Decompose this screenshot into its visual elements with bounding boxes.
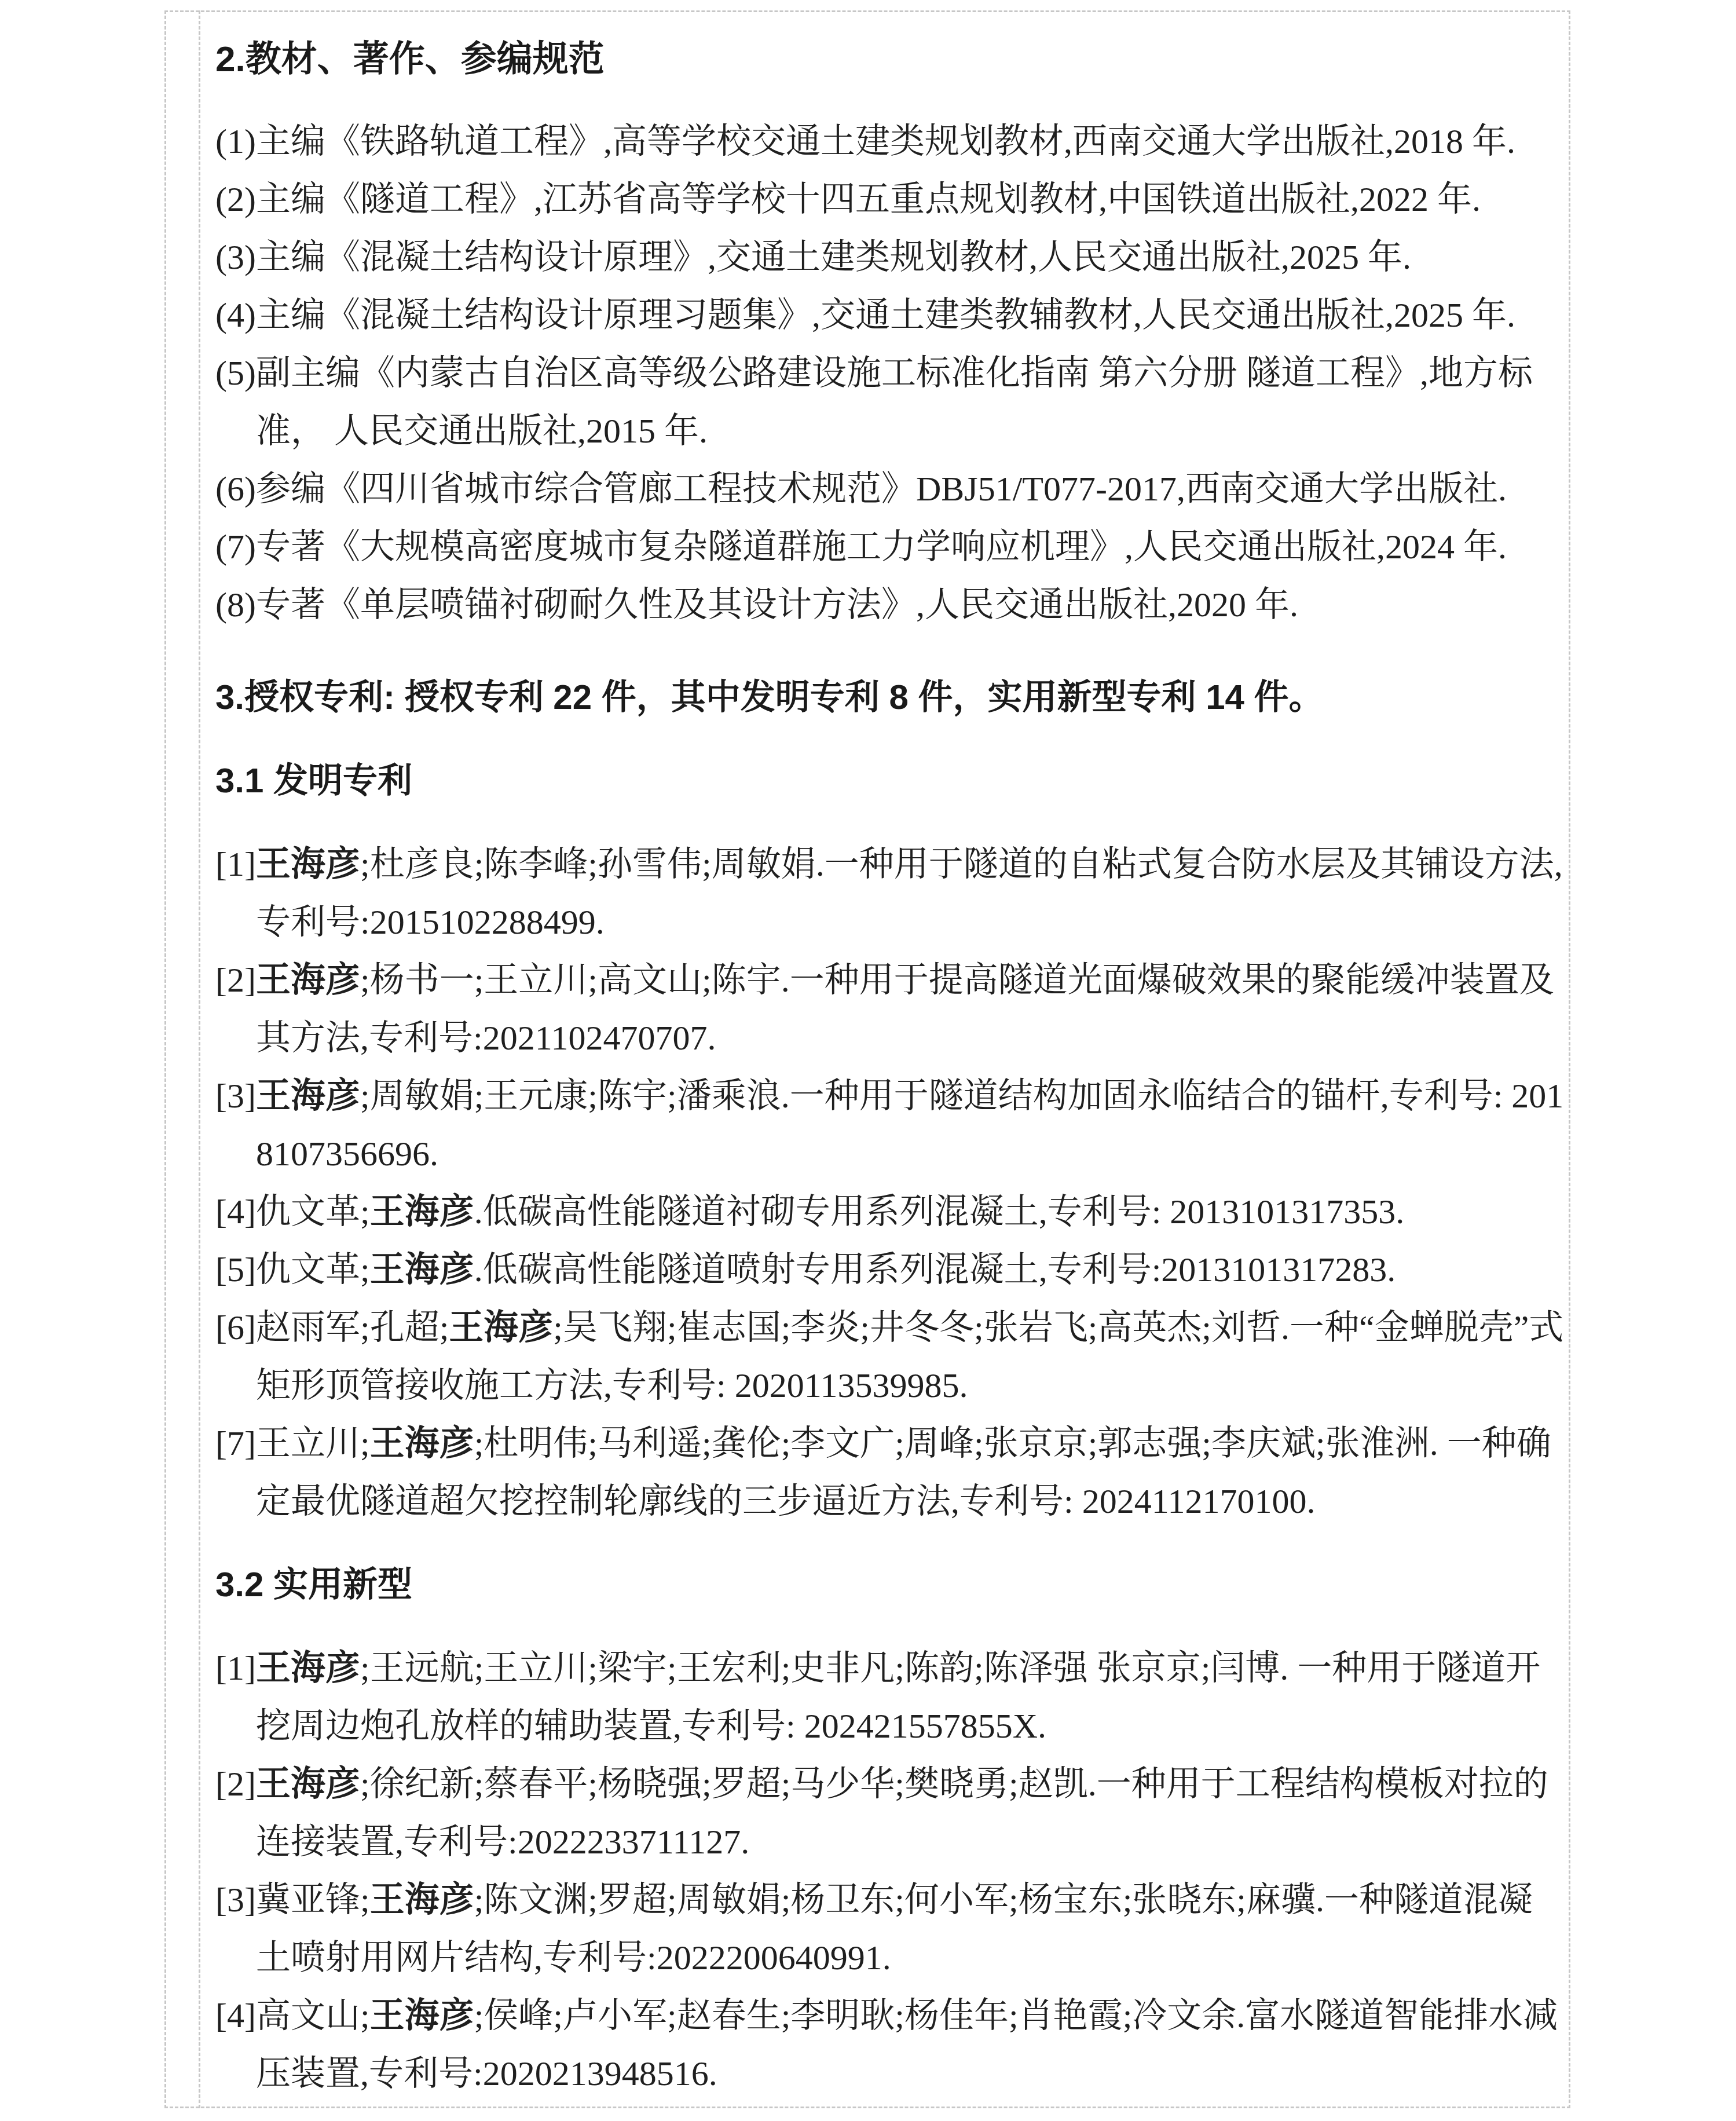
author-name-bold: 王海彦	[256, 844, 360, 883]
item-text: 主编《铁路轨道工程》,高等学校交通土建类规划教材,西南交通大学出版社,2018 …	[256, 122, 1515, 160]
item-text: 主编《混凝土结构设计原理习题集》,交通土建类教辅教材,人民交通出版社,2025 …	[256, 296, 1515, 334]
item-text: ;王远航;王立川;梁宇;王宏利;史非凡;陈韵;陈泽强 张京京;闫博. 一种用于隧…	[256, 1649, 1540, 1745]
item-text: 专著《大规模高密度城市复杂隧道群施工力学响应机理》,人民交通出版社,2024 年…	[256, 528, 1507, 566]
list-item: (8)专著《单层喷锚衬砌耐久性及其设计方法》,人民交通出版社,2020 年.	[215, 576, 1566, 634]
item-label: [3]	[215, 1881, 256, 1919]
list-item: [7]王立川;王海彦;杜明伟;马利遥;龚伦;李文广;周峰;张京京;郭志强;李庆斌…	[215, 1414, 1566, 1530]
utility-model-heading: 3.2 实用新型	[215, 1556, 1566, 1614]
invention-patents-heading: 3.1 发明专利	[215, 752, 1566, 810]
author-name-bold: 王海彦	[370, 1250, 474, 1289]
author-name-bold: 王海彦	[370, 1192, 474, 1231]
item-label: (1)	[215, 122, 256, 160]
item-text: 王立川;	[256, 1424, 370, 1462]
author-name-bold: 王海彦	[370, 1424, 474, 1462]
item-label: [2]	[215, 1765, 256, 1803]
item-label: [7]	[215, 1424, 256, 1462]
author-name-bold: 王海彦	[370, 1880, 474, 1919]
item-text: 专著《单层喷锚衬砌耐久性及其设计方法》,人民交通出版社,2020 年.	[256, 586, 1298, 624]
item-text: 主编《混凝土结构设计原理》,交通土建类规划教材,人民交通出版社,2025 年.	[256, 238, 1411, 276]
author-name-bold: 王海彦	[256, 1648, 360, 1687]
item-label: [5]	[215, 1250, 256, 1289]
item-label: [2]	[215, 961, 256, 999]
item-label: (2)	[215, 180, 256, 218]
item-label: [4]	[215, 1996, 256, 2035]
author-name-bold: 王海彦	[256, 1764, 360, 1803]
list-item: (7)专著《大规模高密度城市复杂隧道群施工力学响应机理》,人民交通出版社,202…	[215, 518, 1566, 576]
document-page: 2.教材、著作、参编规范 (1)主编《铁路轨道工程》,高等学校交通土建类规划教材…	[0, 0, 1736, 2121]
item-text: .低碳高性能隧道衬砌专用系列混凝土,专利号: 2013101317353.	[474, 1193, 1405, 1231]
list-item: [2]王海彦;杨书一;王立川;高文山;陈宇.一种用于提高隧道光面爆破效果的聚能缓…	[215, 951, 1566, 1067]
section-3-heading-summary: 授权专利 22 件，其中发明专利 8 件，实用新型专利 14 件。	[395, 678, 1324, 716]
item-text: 主编《隧道工程》,江苏省高等学校十四五重点规划教材,中国铁道出版社,2022 年…	[256, 180, 1481, 218]
item-text: 参编《四川省城市综合管廊工程技术规范》DBJ51/T077-2017,西南交通大…	[256, 470, 1507, 508]
list-item: (2)主编《隧道工程》,江苏省高等学校十四五重点规划教材,中国铁道出版社,202…	[215, 170, 1566, 228]
list-item: (1)主编《铁路轨道工程》,高等学校交通土建类规划教材,西南交通大学出版社,20…	[215, 112, 1566, 170]
author-name-bold: 王海彦	[370, 1996, 474, 2035]
text-boundary-inner-vertical	[199, 10, 200, 2108]
list-item: [1]王海彦;王远航;王立川;梁宇;王宏利;史非凡;陈韵;陈泽强 张京京;闫博.…	[215, 1639, 1566, 1755]
item-text: ;杜彦良;陈李峰;孙雪伟;周敏娟.一种用于隧道的自粘式复合防水层及其铺设方法,专…	[256, 845, 1563, 941]
list-item: (4)主编《混凝土结构设计原理习题集》,交通土建类教辅教材,人民交通出版社,20…	[215, 286, 1566, 344]
list-item: [3]王海彦;周敏娟;王元康;陈宇;潘乘浪.一种用于隧道结构加固永临结合的锚杆,…	[215, 1067, 1566, 1183]
list-item: (5)副主编《内蒙古自治区高等级公路建设施工标准化指南 第六分册 隧道工程》,地…	[215, 344, 1566, 460]
invention-patents-list: [1]王海彦;杜彦良;陈李峰;孙雪伟;周敏娟.一种用于隧道的自粘式复合防水层及其…	[215, 835, 1566, 1530]
item-text: ;杨书一;王立川;高文山;陈宇.一种用于提高隧道光面爆破效果的聚能缓冲装置及其方…	[256, 961, 1554, 1057]
list-item: [6]赵雨军;孔超;王海彦;吴飞翔;崔志国;李炎;井冬冬;张岩飞;高英杰;刘哲.…	[215, 1299, 1566, 1414]
item-label: (5)	[215, 354, 256, 392]
item-label: (6)	[215, 470, 256, 508]
list-item: [1]王海彦;杜彦良;陈李峰;孙雪伟;周敏娟.一种用于隧道的自粘式复合防水层及其…	[215, 835, 1566, 951]
item-label: [6]	[215, 1308, 256, 1347]
utility-model-list: [1]王海彦;王远航;王立川;梁宇;王宏利;史非凡;陈韵;陈泽强 张京京;闫博.…	[215, 1639, 1566, 2102]
item-text: 仇文革;	[256, 1193, 370, 1231]
item-label: [3]	[215, 1077, 256, 1115]
list-item: [2]王海彦;徐纪新;蔡春平;杨晓强;罗超;马少华;樊晓勇;赵凯.一种用于工程结…	[215, 1755, 1566, 1871]
list-item: [3]冀亚锋;王海彦;陈文渊;罗超;周敏娟;杨卫东;何小军;杨宝东;张晓东;麻骥…	[215, 1871, 1566, 1987]
item-label: (8)	[215, 586, 256, 624]
section-3-heading: 3.授权专利: 授权专利 22 件，其中发明专利 8 件，实用新型专利 14 件…	[215, 668, 1566, 726]
item-label: [1]	[215, 1649, 256, 1687]
section-2-heading: 2.教材、著作、参编规范	[215, 28, 1566, 92]
author-name-bold: 王海彦	[449, 1308, 553, 1347]
list-item: [5]仇文革;王海彦.低碳高性能隧道喷射专用系列混凝土,专利号:20131013…	[215, 1241, 1566, 1299]
list-item: [4]仇文革;王海彦.低碳高性能隧道衬砌专用系列混凝土,专利号: 2013101…	[215, 1183, 1566, 1241]
item-text: 高文山;	[256, 1996, 370, 2035]
section-3-heading-label: 3.授权专利:	[215, 678, 395, 716]
list-item: (3)主编《混凝土结构设计原理》,交通土建类规划教材,人民交通出版社,2025 …	[215, 228, 1566, 286]
list-item: [4]高文山;王海彦;侯峰;卢小军;赵春生;李明耿;杨佳年;肖艳霞;冷文余.富水…	[215, 1987, 1566, 2102]
item-label: (7)	[215, 528, 256, 566]
item-text: ;徐纪新;蔡春平;杨晓强;罗超;马少华;樊晓勇;赵凯.一种用于工程结构模板对拉的…	[256, 1765, 1548, 1861]
publications-list: (1)主编《铁路轨道工程》,高等学校交通土建类规划教材,西南交通大学出版社,20…	[215, 112, 1566, 634]
item-text: .低碳高性能隧道喷射专用系列混凝土,专利号:2013101317283.	[474, 1250, 1396, 1289]
item-text: 赵雨军;孔超;	[256, 1308, 449, 1347]
item-text: 仇文革;	[256, 1250, 370, 1289]
document-content: 2.教材、著作、参编规范 (1)主编《铁路轨道工程》,高等学校交通土建类规划教材…	[215, 28, 1566, 2102]
item-label: [1]	[215, 845, 256, 883]
item-text: 副主编《内蒙古自治区高等级公路建设施工标准化指南 第六分册 隧道工程》,地方标准…	[256, 354, 1533, 450]
author-name-bold: 王海彦	[256, 960, 360, 999]
item-text: 冀亚锋;	[256, 1881, 370, 1919]
author-name-bold: 王海彦	[256, 1076, 360, 1115]
item-text: ;周敏娟;王元康;陈宇;潘乘浪.一种用于隧道结构加固永临结合的锚杆,专利号: 2…	[256, 1077, 1563, 1173]
item-label: [4]	[215, 1193, 256, 1231]
item-label: (4)	[215, 296, 256, 334]
list-item: (6)参编《四川省城市综合管廊工程技术规范》DBJ51/T077-2017,西南…	[215, 460, 1566, 518]
item-label: (3)	[215, 238, 256, 276]
